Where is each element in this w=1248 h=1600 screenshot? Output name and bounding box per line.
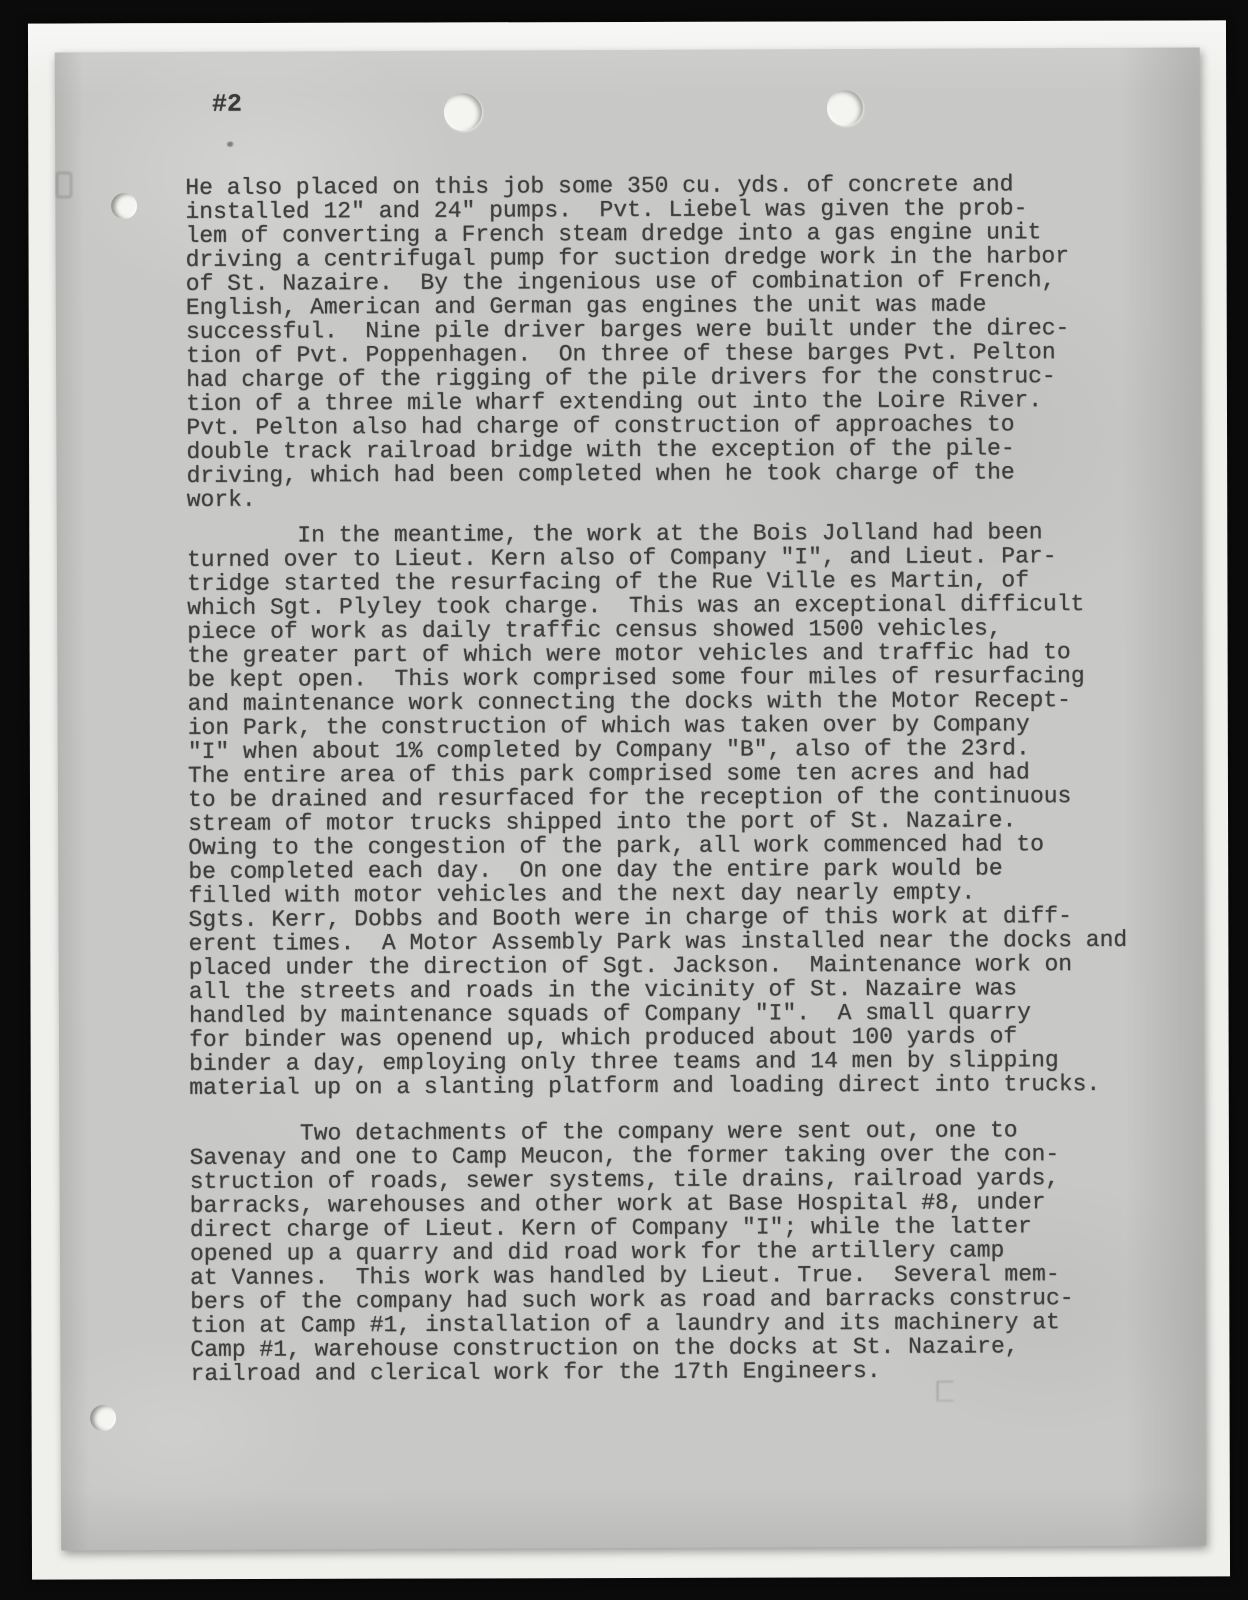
scanner-background: 25% COTTON CONTENT #2 He also placed on … — [0, 0, 1248, 1600]
edge-smudge-mark — [56, 172, 72, 198]
hole-punch-top-left — [444, 93, 482, 131]
page-number: #2 — [212, 90, 242, 119]
ink-speck — [227, 142, 233, 147]
document-page: #2 He also placed on this job some 350 c… — [55, 48, 1207, 1551]
hole-punch-left-bottom — [90, 1405, 116, 1431]
paragraph-1: He also placed on this job some 350 cu. … — [185, 172, 1166, 512]
hole-punch-left-middle — [111, 193, 137, 219]
paragraph-3: Two detachments of the company were sent… — [189, 1118, 1170, 1386]
paragraph-2: In the meantime, the work at the Bois Jo… — [187, 520, 1170, 1100]
document-body: He also placed on this job some 350 cu. … — [185, 172, 1170, 1386]
hole-punch-top-right — [827, 90, 863, 126]
pencil-mark — [937, 1381, 954, 1402]
